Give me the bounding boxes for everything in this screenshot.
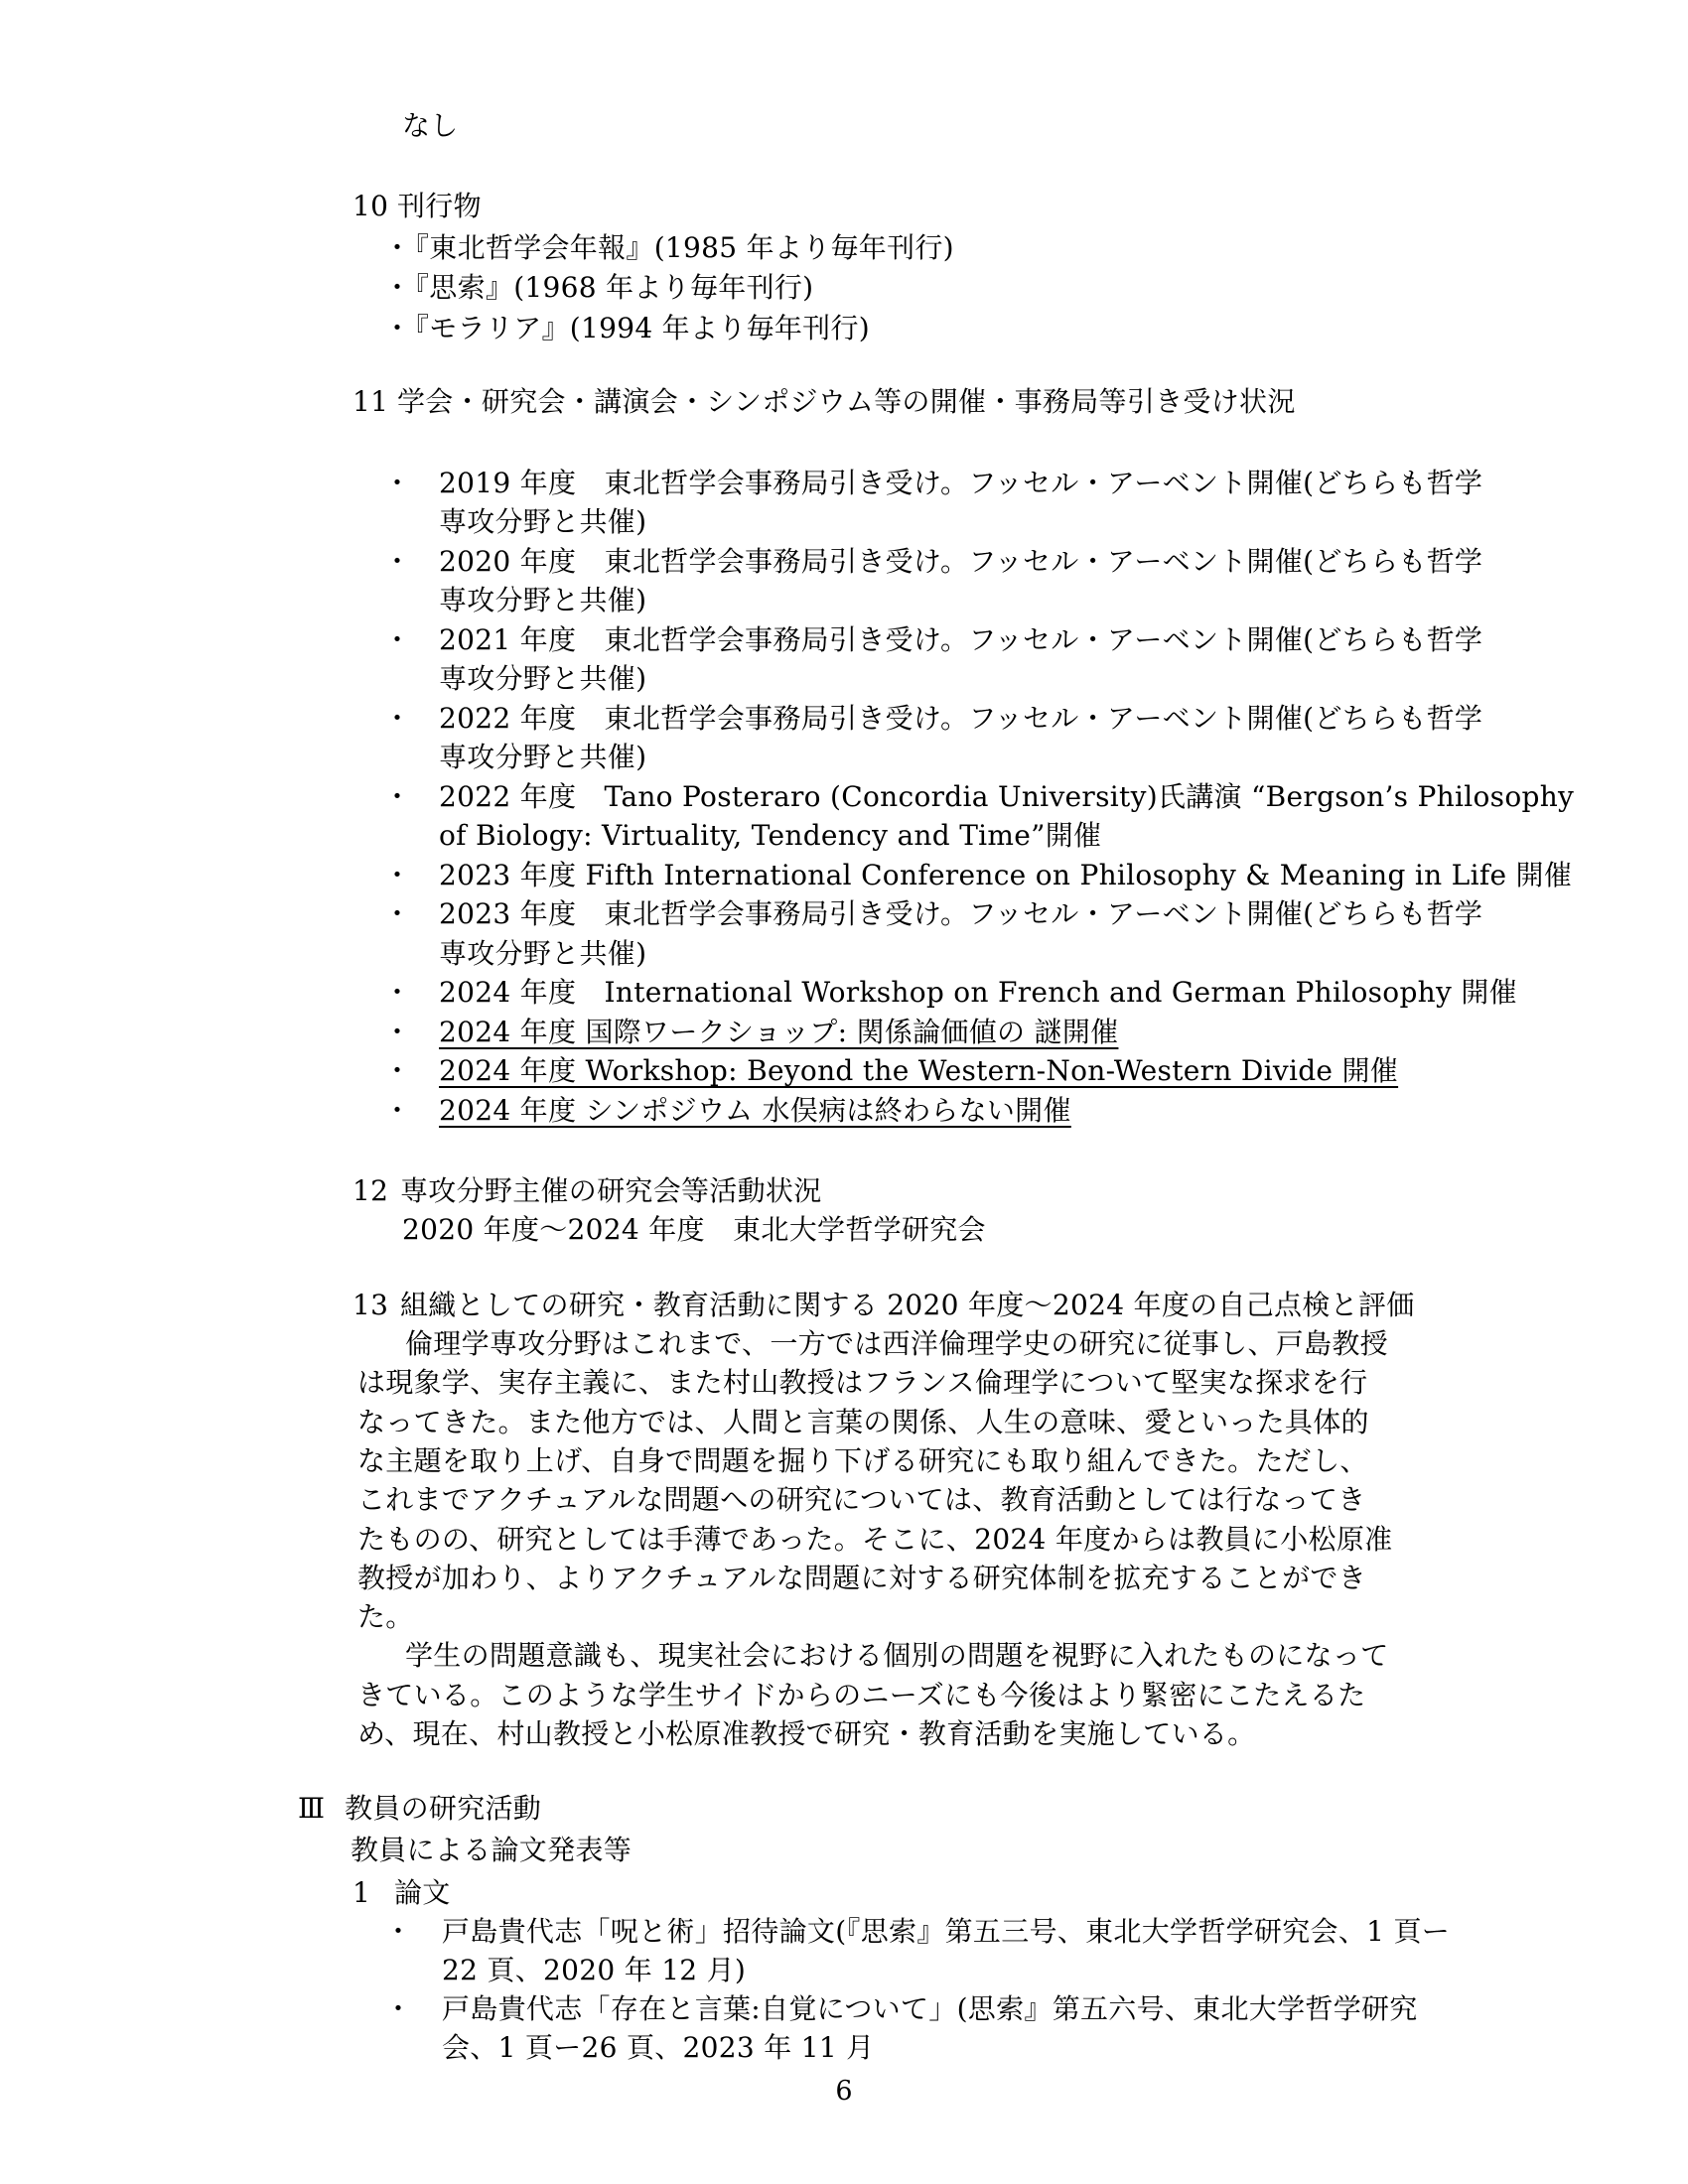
event-item-line-underlined: 2024 年度 国際ワークショップ: 関係論価値の 謎開催 bbox=[439, 1018, 1118, 1047]
papers-section-title: 論文 bbox=[394, 1878, 451, 1908]
paragraph-line: め、現在、村山教授と小松原准教授で研究・教育活動を実施している。 bbox=[357, 1719, 1255, 1749]
document-page: なし 10 刊行物 ・ 『東北哲学会年報』(1985 年より毎年刊行) ・ 『思… bbox=[0, 0, 1688, 2184]
paragraph-line: た。 bbox=[357, 1602, 414, 1632]
publication-item: 『東北哲学会年報』(1985 年より毎年刊行) bbox=[401, 233, 954, 263]
event-item-line: 専攻分野と共催) bbox=[439, 939, 646, 969]
paragraph-line: たものの、研究としては手薄であった。そこに、2024 年度からは教員に小松原准 bbox=[357, 1525, 1392, 1555]
section-11-number: 11 bbox=[352, 387, 388, 417]
heading-3-title: 教員の研究活動 bbox=[345, 1794, 541, 1824]
event-item-line-underlined: 2024 年度 シンポジウム 水俣病は終わらない開催 bbox=[439, 1096, 1071, 1126]
event-item-line: 2023 年度 Fifth International Conference o… bbox=[439, 861, 1572, 890]
page-number: 6 bbox=[0, 2077, 1688, 2107]
list-bullet: ・ bbox=[383, 469, 411, 498]
list-bullet: ・ bbox=[384, 1994, 412, 2024]
event-item-line: 2019 年度 東北哲学会事務局引き受け。フッセル・アーベント開催(どちらも哲学 bbox=[439, 469, 1482, 498]
paper-item-line: 22 頁、2020 年 12 月) bbox=[442, 1956, 746, 1985]
publication-item: 『思索』(1968 年より毎年刊行) bbox=[401, 273, 813, 303]
event-item-line: 専攻分野と共催) bbox=[439, 664, 646, 694]
paragraph-line: 倫理学専攻分野はこれまで、一方では西洋倫理学史の研究に従事し、戸島教授 bbox=[405, 1329, 1388, 1359]
heading-3-numeral: Ⅲ bbox=[298, 1794, 325, 1824]
paragraph-line: きている。このような学生サイドからのニーズにも今後はより緊密にこたえるた bbox=[357, 1681, 1365, 1710]
section-10-title: 刊行物 bbox=[397, 192, 482, 221]
paper-item-line: 会、1 頁ー26 頁、2023 年 11 月 bbox=[442, 2033, 874, 2063]
paragraph-line: これまでアクチュアルな問題への研究については、教育活動としては行なってき bbox=[357, 1485, 1365, 1515]
list-bullet: ・ bbox=[383, 978, 411, 1008]
list-bullet: ・ bbox=[383, 861, 411, 890]
list-bullet: ・ bbox=[383, 1018, 411, 1047]
event-item-line: 専攻分野と共催) bbox=[439, 507, 646, 537]
publication-item: 『モラリア』(1994 年より毎年刊行) bbox=[401, 314, 870, 343]
papers-section-number: 1 bbox=[352, 1878, 370, 1908]
section-10-number: 10 bbox=[352, 192, 388, 221]
list-bullet: ・ bbox=[383, 1096, 411, 1126]
section-11-title: 学会・研究会・講演会・シンポジウム等の開催・事務局等引き受け状況 bbox=[397, 387, 1296, 417]
event-item-line: 2021 年度 東北哲学会事務局引き受け。フッセル・アーベント開催(どちらも哲学 bbox=[439, 625, 1482, 655]
section-13-title: 組織としての研究・教育活動に関する 2020 年度〜2024 年度の自己点検と評… bbox=[400, 1291, 1415, 1320]
section-12-number: 12 bbox=[352, 1176, 388, 1206]
event-item-line: 2022 年度 東北哲学会事務局引き受け。フッセル・アーベント開催(どちらも哲学 bbox=[439, 704, 1482, 734]
event-item-line: 2020 年度 東北哲学会事務局引き受け。フッセル・アーベント開催(どちらも哲学 bbox=[439, 547, 1482, 577]
list-bullet: ・ bbox=[383, 625, 411, 655]
list-bullet: ・ bbox=[383, 899, 411, 929]
section-12-subline: 2020 年度〜2024 年度 東北大学哲学研究会 bbox=[402, 1215, 986, 1245]
list-bullet: ・ bbox=[383, 1056, 411, 1086]
event-item-line: 2022 年度 Tano Posteraro (Concordia Univer… bbox=[439, 782, 1574, 812]
paragraph-line: なってきた。また他方では、人間と言葉の関係、人生の意味、愛といった具体的 bbox=[357, 1408, 1369, 1437]
list-bullet: ・ bbox=[383, 782, 411, 812]
section-13-number: 13 bbox=[352, 1291, 388, 1320]
paragraph-line: は現象学、実存主義に、また村山教授はフランス倫理学について堅実な探求を行 bbox=[357, 1368, 1367, 1398]
event-item-line: of Biology: Virtuality, Tendency and Tim… bbox=[439, 821, 1101, 851]
event-item-line-underlined: 2024 年度 Workshop: Beyond the Western-Non… bbox=[439, 1056, 1398, 1086]
paper-item-line: 戸島貴代志「呪と術」招待論文(『思索』第五三号、東北大学哲学研究会、1 頁ー bbox=[442, 1917, 1450, 1947]
paragraph-line: 学生の問題意識も、現実社会における個別の問題を視野に入れたものになって bbox=[405, 1641, 1389, 1671]
paper-item-line: 戸島貴代志「存在と言葉:自覚について」(思索』第五六号、東北大学哲学研究 bbox=[442, 1994, 1418, 2024]
list-bullet: ・ bbox=[383, 704, 411, 734]
event-item-line: 2024 年度 International Workshop on French… bbox=[439, 978, 1517, 1008]
event-item-line: 専攻分野と共催) bbox=[439, 743, 646, 772]
section-12-title: 専攻分野主催の研究会等活動状況 bbox=[400, 1176, 822, 1206]
list-bullet: ・ bbox=[384, 1917, 412, 1947]
heading-3-subtitle: 教員による論文発表等 bbox=[351, 1836, 632, 1865]
none-label: なし bbox=[402, 111, 459, 141]
event-item-line: 専攻分野と共催) bbox=[439, 586, 646, 615]
paragraph-line: 教授が加わり、よりアクチュアルな問題に対する研究体制を拡充することができ bbox=[357, 1564, 1366, 1593]
paragraph-line: な主題を取り上げ、自身で問題を掘り下げる研究にも取り組んできた。ただし、 bbox=[357, 1446, 1368, 1476]
event-item-line: 2023 年度 東北哲学会事務局引き受け。フッセル・アーベント開催(どちらも哲学 bbox=[439, 899, 1482, 929]
list-bullet: ・ bbox=[383, 547, 411, 577]
